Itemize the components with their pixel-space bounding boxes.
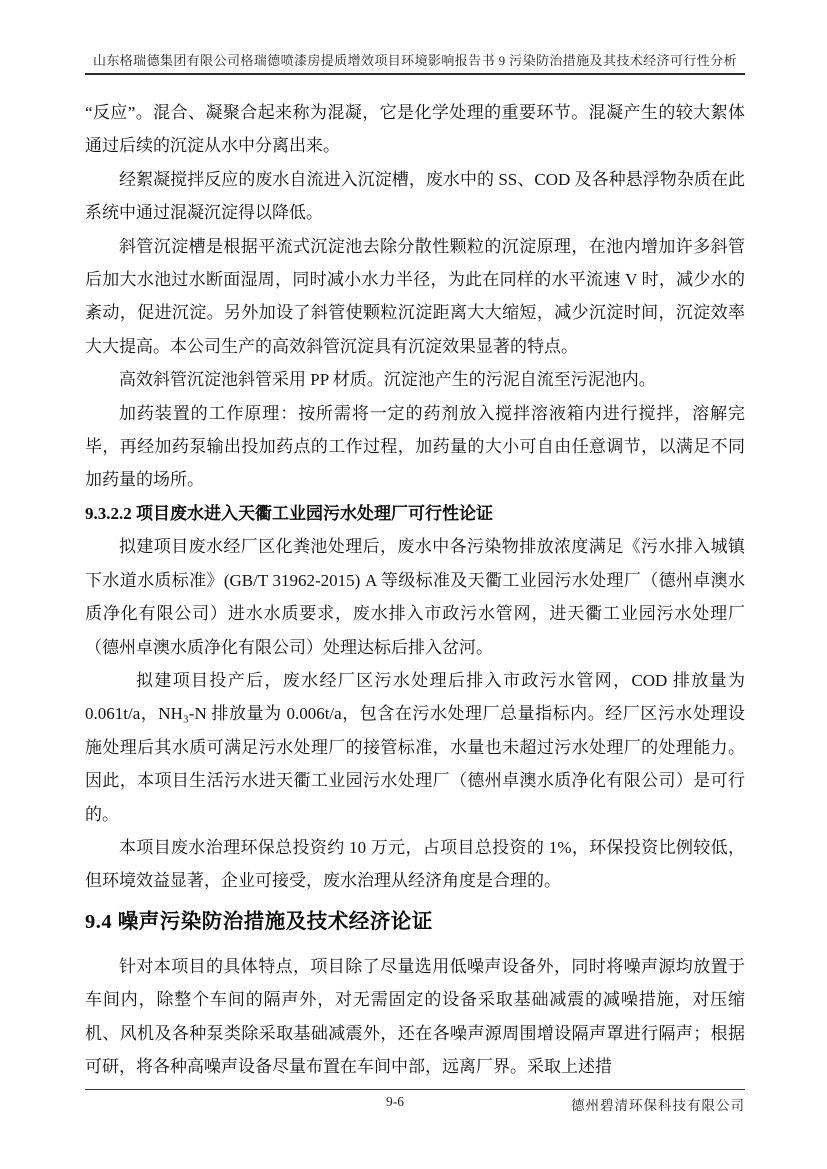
paragraph: 拟建项目投产后，废水经厂区污水处理后排入市政污水管网，COD 排放量为 0.06… <box>85 664 745 831</box>
document-body: “反应”。混合、凝聚合起来称为混凝，它是化学处理的重要环节。混凝产生的较大絮体通… <box>85 96 745 1083</box>
paragraph: 加药装置的工作原理：按所需将一定的药剂放入搅拌溶液箱内进行搅拌，溶解完毕，再经加… <box>85 397 745 497</box>
page-footer: 9-6 德州碧清环保科技有限公司 <box>85 1089 745 1117</box>
paragraph: 经絮凝搅拌反应的废水自流进入沉淀槽，废水中的 SS、COD 及各种悬浮物杂质在此… <box>85 163 745 230</box>
page-header: 山东格瑞德集团有限公司格瑞德喷漆房提质增效项目环境影响报告书 9 污染防治措施及… <box>85 52 745 75</box>
paragraph: 斜管沉淀槽是根据平流式沉淀池去除分散性颗粒的沉淀原理，在池内增加许多斜管后加大水… <box>85 230 745 364</box>
document-page: 山东格瑞德集团有限公司格瑞德喷漆房提质增效项目环境影响报告书 9 污染防治措施及… <box>0 0 827 1169</box>
section-heading-9-3-2-2: 9.3.2.2 项目废水进入天衢工业园污水处理厂可行性论证 <box>85 497 745 530</box>
paragraph: 针对本项目的具体特点，项目除了尽量选用低噪声设备外，同时将噪声源均放置于车间内，… <box>85 950 745 1084</box>
paragraph: 拟建项目废水经厂区化粪池处理后，废水中各污染物排放浓度满足《污水排入城镇下水道水… <box>85 530 745 664</box>
paragraph: 本项目废水治理环保总投资约 10 万元，占项目总投资的 1%，环保投资比例较低，… <box>85 831 745 898</box>
paragraph-continuation: “反应”。混合、凝聚合起来称为混凝，它是化学处理的重要环节。混凝产生的较大絮体通… <box>85 96 745 163</box>
paragraph: 高效斜管沉淀池斜管采用 PP 材质。沉淀池产生的污泥自流至污泥池内。 <box>85 363 745 396</box>
footer-company-name: 德州碧清环保科技有限公司 <box>571 1094 745 1114</box>
section-heading-9-4: 9.4 噪声污染防治措施及技术经济论证 <box>85 907 745 937</box>
header-title: 山东格瑞德集团有限公司格瑞德喷漆房提质增效项目环境影响报告书 9 污染防治措施及… <box>85 52 745 69</box>
